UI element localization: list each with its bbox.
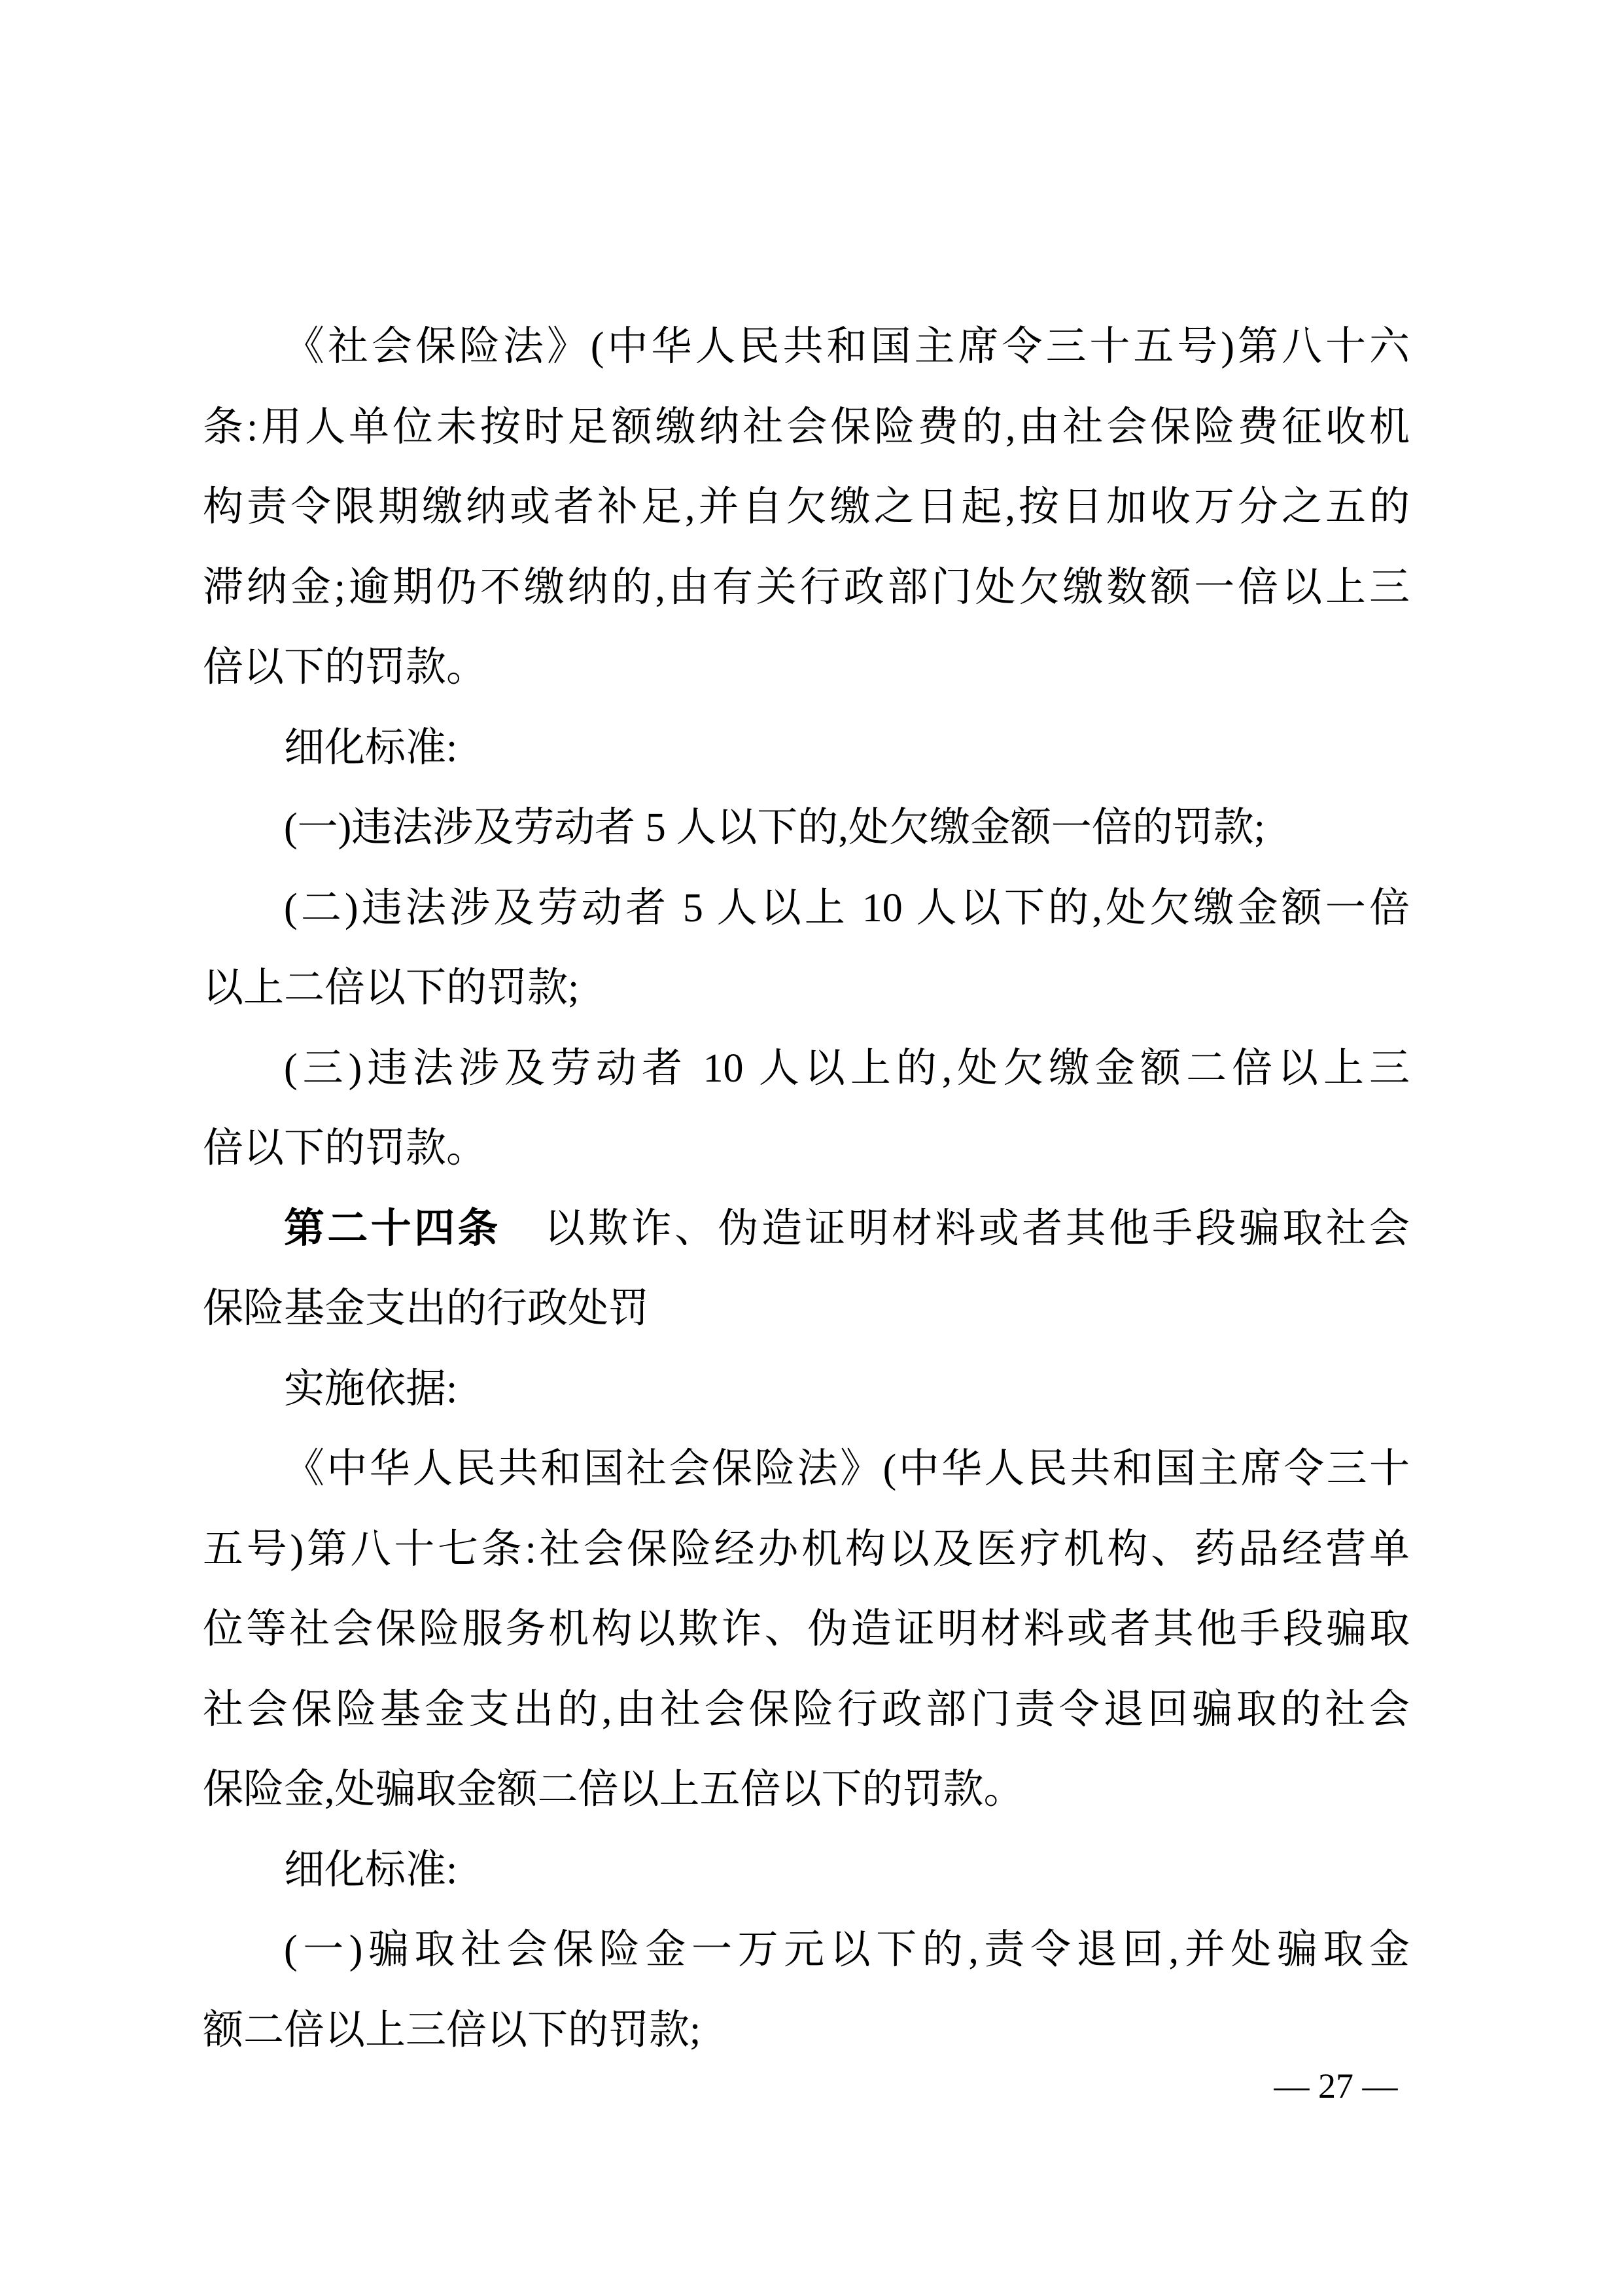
text-line-content: 位等社会保险服务机构以欺诈、伪造证明材料或者其他手段骗取 <box>203 1607 1410 1651</box>
text-line-content: 条:用人单位未按时足额缴纳社会保险费的,由社会保险费征收机 <box>203 405 1410 450</box>
text-line-11: 倍以下的罚款。 <box>203 1108 1410 1189</box>
text-line-14: 实施依据: <box>203 1349 1410 1430</box>
text-line-15: 《中华人民共和国社会保险法》(中华人民共和国主席令三十 <box>203 1429 1410 1510</box>
text-line-19: 保险金,处骗取金额二倍以上五倍以下的罚款。 <box>203 1750 1410 1830</box>
document-page: 《社会保险法》(中华人民共和国主席令三十五号)第八十六条:用人单位未按时足额缴纳… <box>0 0 1623 2296</box>
text-line-content: 保险金,处骗取金额二倍以上五倍以下的罚款。 <box>203 1767 1024 1812</box>
article-heading: 第二十四条 <box>284 1207 501 1251</box>
text-line-content: 额二倍以上三倍以下的罚款; <box>203 2008 701 2053</box>
text-line-content: 以上二倍以下的罚款; <box>203 966 579 1010</box>
text-line-content: (三)违法涉及劳动者 10 人以上的,处欠缴金额二倍以上三 <box>284 1046 1410 1091</box>
text-line-18: 社会保险基金支出的,由社会保险行政部门责令退回骗取的社会 <box>203 1670 1410 1750</box>
text-line-content: 实施依据: <box>284 1367 457 1411</box>
text-line-content: 构责令限期缴纳或者补足,并自欠缴之日起,按日加收万分之五的 <box>203 485 1410 529</box>
text-line-content: 细化标准: <box>284 1848 457 1892</box>
text-line-content: 五号)第八十七条:社会保险经办机构以及医疗机构、药品经营单 <box>203 1527 1410 1572</box>
text-line-16: 五号)第八十七条:社会保险经办机构以及医疗机构、药品经营单 <box>203 1510 1410 1590</box>
text-line-12: 第二十四条 以欺诈、伪造证明材料或者其他手段骗取社会 <box>203 1189 1410 1269</box>
text-line-content: 细化标准: <box>284 726 457 770</box>
text-line-content: 倍以下的罚款。 <box>203 1126 487 1171</box>
text-line-2: 条:用人单位未按时足额缴纳社会保险费的,由社会保险费征收机 <box>203 387 1410 468</box>
text-line-20: 细化标准: <box>203 1830 1410 1911</box>
text-line-content: 倍以下的罚款。 <box>203 645 487 690</box>
text-line-content: 滞纳金;逾期仍不缴纳的,由有关行政部门处欠缴数额一倍以上三 <box>203 565 1410 610</box>
text-line-21: (一)骗取社会保险金一万元以下的,责令退回,并处骗取金 <box>203 1910 1410 1990</box>
document-text-block: 《社会保险法》(中华人民共和国主席令三十五号)第八十六条:用人单位未按时足额缴纳… <box>203 307 1410 2070</box>
text-line-content: 以欺诈、伪造证明材料或者其他手段骗取社会 <box>501 1207 1410 1251</box>
text-line-1: 《社会保险法》(中华人民共和国主席令三十五号)第八十六 <box>203 307 1410 387</box>
text-line-content: 《中华人民共和国社会保险法》(中华人民共和国主席令三十 <box>284 1447 1410 1491</box>
text-line-content: (一)骗取社会保险金一万元以下的,责令退回,并处骗取金 <box>284 1928 1410 1972</box>
page-number: — 27 — <box>1257 2065 1414 2107</box>
text-line-7: (一)违法涉及劳动者 5 人以下的,处欠缴金额一倍的罚款; <box>203 788 1410 868</box>
text-line-content: (一)违法涉及劳动者 5 人以下的,处欠缴金额一倍的罚款; <box>284 805 1265 850</box>
text-line-22: 额二倍以上三倍以下的罚款; <box>203 1990 1410 2071</box>
text-line-10: (三)违法涉及劳动者 10 人以上的,处欠缴金额二倍以上三 <box>203 1029 1410 1109</box>
text-line-content: (二)违法涉及劳动者 5 人以上 10 人以下的,处欠缴金额一倍 <box>284 886 1410 930</box>
text-line-3: 构责令限期缴纳或者补足,并自欠缴之日起,按日加收万分之五的 <box>203 467 1410 548</box>
text-line-9: 以上二倍以下的罚款; <box>203 948 1410 1029</box>
text-line-content: 《社会保险法》(中华人民共和国主席令三十五号)第八十六 <box>284 325 1410 369</box>
text-line-6: 细化标准: <box>203 708 1410 788</box>
text-line-13: 保险基金支出的行政处罚 <box>203 1269 1410 1349</box>
text-line-content: 保险基金支出的行政处罚 <box>203 1286 649 1331</box>
text-line-5: 倍以下的罚款。 <box>203 627 1410 708</box>
text-line-content: 社会保险基金支出的,由社会保险行政部门责令退回骗取的社会 <box>203 1687 1410 1732</box>
text-line-17: 位等社会保险服务机构以欺诈、伪造证明材料或者其他手段骗取 <box>203 1589 1410 1670</box>
text-line-4: 滞纳金;逾期仍不缴纳的,由有关行政部门处欠缴数额一倍以上三 <box>203 548 1410 628</box>
text-line-8: (二)违法涉及劳动者 5 人以上 10 人以下的,处欠缴金额一倍 <box>203 868 1410 949</box>
